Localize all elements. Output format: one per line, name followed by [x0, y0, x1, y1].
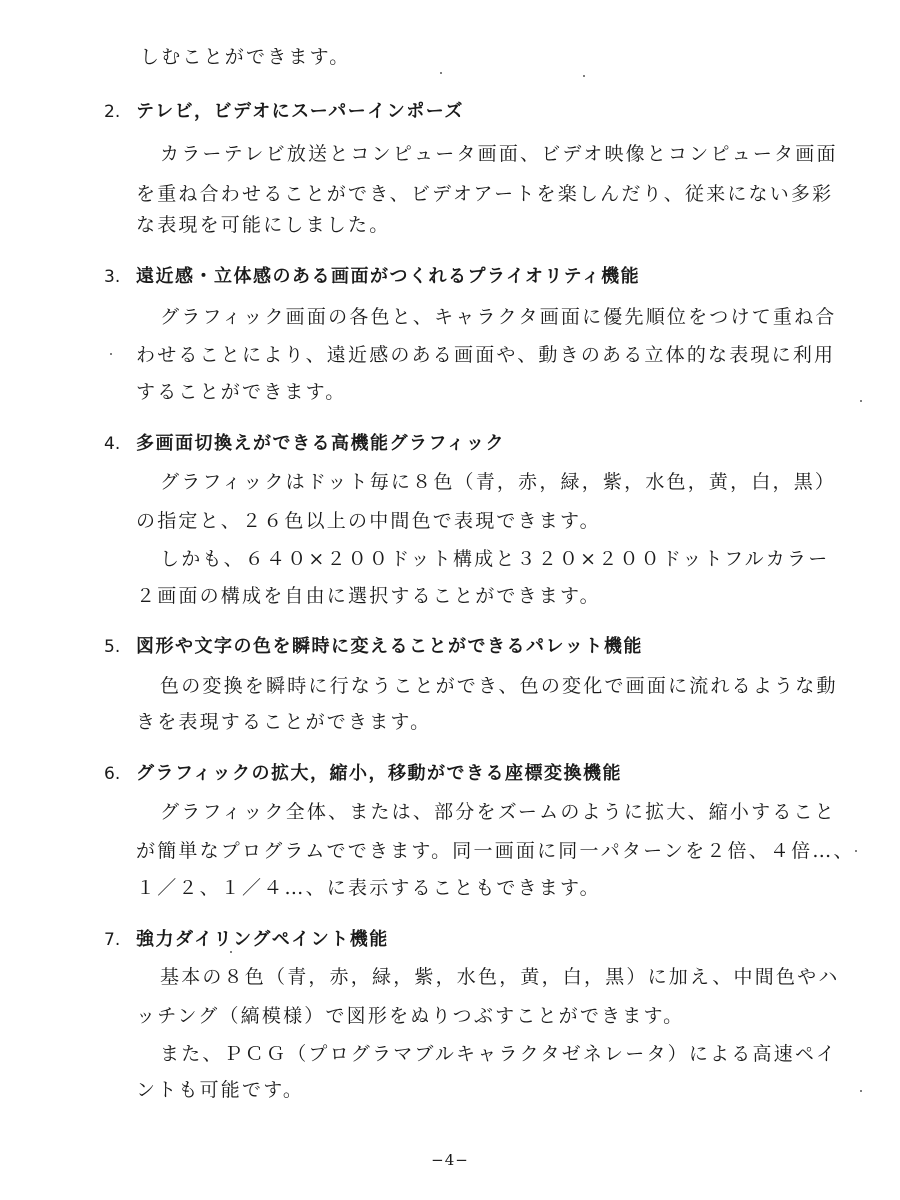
paragraph-line: グラフィック画面の各色と、キャラクタ画面に優先順位をつけて重ね合 [160, 305, 837, 329]
section-number: 7. [104, 928, 120, 952]
paragraph-line: グラフィック全体、または、部分をズームのように拡大、縮小すること [160, 800, 836, 824]
continuation-text: しむことができます。 [140, 45, 350, 69]
scan-speck [583, 75, 585, 77]
paragraph-line: カラーテレビ放送とコンピュータ画面、ビデオ映像とコンピュータ画面 [160, 142, 838, 166]
paragraph-line: な表現を可能にしました。 [136, 213, 390, 237]
section-number: 4. [104, 432, 120, 456]
scan-speck [440, 72, 442, 74]
paragraph-line: することができます。 [136, 380, 346, 404]
scan-speck [855, 850, 857, 852]
section-title: テレビ，ビデオにスーパーインポーズ [136, 100, 464, 124]
paragraph-line: 基本の８色（青，赤，緑，紫，水色，黄，白，黒）に加え、中間色やハ [160, 965, 840, 989]
section-number: 6. [104, 762, 120, 786]
paragraph-line: しかも、６４０×２００ドット構成と３２０×２００ドットフルカラー [160, 547, 829, 571]
paragraph-line: が簡単なプログラムでできます。同一画面に同一パターンを２倍、４倍…、 [136, 839, 855, 863]
paragraph-line: 色の変換を瞬時に行なうことができ、色の変化で画面に流れるような動 [160, 674, 838, 698]
section-number: 3. [104, 265, 120, 289]
page-number: −4− [0, 1150, 900, 1170]
scan-speck [860, 400, 862, 402]
scan-speck [110, 353, 112, 355]
paragraph-line: また、ＰＣＧ（プログラマブルキャラクタゼネレータ）による高速ペイ [160, 1042, 837, 1066]
section-number: 5. [104, 635, 120, 659]
paragraph-line: グラフィックはドット毎に８色（青，赤，緑，紫，水色，黄，白，黒） [160, 470, 836, 494]
paragraph-line: きを表現することができます。 [136, 710, 431, 734]
paragraph-line: ントも可能です。 [136, 1078, 304, 1102]
paragraph-line: を重ね合わせることができ、ビデオアートを楽しんだり、従来にない多彩 [136, 182, 833, 206]
paragraph-line: わせることにより、遠近感のある画面や、動きのある立体的な表現に利用 [136, 343, 835, 367]
section-title: 多画面切換えができる高機能グラフィック [136, 432, 505, 456]
section-title: 強力ダイリングペイント機能 [136, 928, 389, 952]
paragraph-line: ２画面の構成を自由に選択することができます。 [136, 584, 601, 608]
paragraph-line: の指定と、２６色以上の中間色で表現できます。 [136, 509, 601, 533]
section-number: 2. [104, 100, 120, 124]
paragraph-line: １／２、１／４…、に表示することもできます。 [136, 876, 601, 900]
scan-speck [230, 951, 232, 953]
section-title: 遠近感・立体感のある画面がつくれるプライオリティ機能 [136, 265, 640, 289]
section-title: 図形や文字の色を瞬時に変えることができるパレット機能 [136, 635, 643, 659]
document-page: しむことができます。 2. テレビ，ビデオにスーパーインポーズ カラーテレビ放送… [0, 0, 900, 1200]
section-title: グラフィックの拡大，縮小，移動ができる座標変換機能 [136, 762, 622, 786]
scan-speck [860, 1090, 862, 1092]
paragraph-line: ッチング（縞模様）で図形をぬりつぶすことができます。 [136, 1004, 684, 1028]
